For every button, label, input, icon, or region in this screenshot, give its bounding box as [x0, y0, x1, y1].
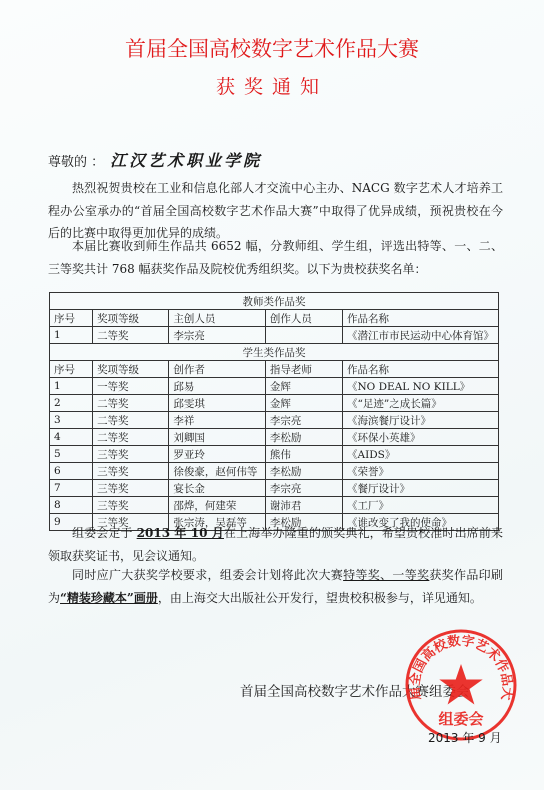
table-cell: 《餐厅设计》 — [343, 480, 499, 497]
table-cell: 创作者 — [169, 361, 265, 378]
table-cell: 李宗亮 — [265, 480, 342, 497]
table-cell: 邱雯琪 — [169, 395, 265, 412]
table-cell: 6 — [50, 463, 93, 480]
table-cell: 7 — [50, 480, 93, 497]
paragraph-ceremony: 组委会定于 2013 年 10 月在上海举办隆重的颁奖典礼，希望贵校准时出席前来… — [48, 522, 503, 567]
table-cell: 邱易 — [169, 378, 265, 395]
recipient-school: 江汉艺术职业学院 — [110, 151, 262, 170]
table-cell: 李松励 — [265, 463, 342, 480]
table-cell: 5 — [50, 446, 93, 463]
table-cell: 刘卿国 — [169, 429, 265, 446]
awards-table: 教师类作品奖序号奖项等级主创人员创作人员作品名称1二等奖李宗亮《潜江市市民运动中… — [49, 292, 499, 531]
table-cell: 指导老师 — [265, 361, 342, 378]
table-cell: 李松励 — [265, 429, 342, 446]
publication-text-rest: ，由上海交大出版社公开发行，望贵校积极参与，详见通知。 — [158, 591, 482, 605]
table-cell: 《海滨餐厅设计》 — [343, 412, 499, 429]
ceremony-text: 组委会定于 — [72, 526, 137, 540]
table-cell: 4 — [50, 429, 93, 446]
table-cell: 罗亚玲 — [169, 446, 265, 463]
salutation-prefix: 尊敬的 ： — [48, 155, 104, 170]
table-cell: 三等奖 — [93, 497, 169, 514]
table-row: 2二等奖邱雯琪金辉《“足迹”之成长篇》 — [50, 395, 499, 412]
table-row: 7三等奖宴长金李宗亮《餐厅设计》 — [50, 480, 499, 497]
table-cell: 邵烨，何建荣 — [169, 497, 265, 514]
table-cell: 1 — [50, 378, 93, 395]
table-row: 1二等奖李宗亮《潜江市市民运动中心体育馆》 — [50, 327, 499, 344]
paragraph-statistics: 本届比赛收到师生作品共 6652 幅，分教师组、学生组，评选出特等、一、二、三等… — [48, 235, 503, 280]
table-cell: 创作人员 — [265, 310, 342, 327]
table-cell: 宴长金 — [169, 480, 265, 497]
table-cell: 二等奖 — [93, 412, 169, 429]
table-cell: 《NO DEAL NO KILL》 — [343, 378, 499, 395]
table-row: 3二等奖李祥李宗亮《海滨餐厅设计》 — [50, 412, 499, 429]
table-cell: 三等奖 — [93, 480, 169, 497]
table-cell: 三等奖 — [93, 463, 169, 480]
table-cell: 二等奖 — [93, 429, 169, 446]
table-cell: 谢沛君 — [265, 497, 342, 514]
table-cell: 金辉 — [265, 378, 342, 395]
table-cell: 《荣誉》 — [343, 463, 499, 480]
table-cell — [265, 327, 342, 344]
table-cell: 《环保小英雄》 — [343, 429, 499, 446]
table-cell: 奖项等级 — [93, 310, 169, 327]
table-cell: 李宗亮 — [265, 412, 342, 429]
table-cell: 1 — [50, 327, 93, 344]
document-title: 首届全国高校数字艺术作品大赛 — [0, 33, 544, 63]
document-subtitle: 获奖通知 — [0, 72, 544, 99]
document-date: 2013 年 9 月 — [428, 729, 502, 746]
publication-book: “精装珍藏本”画册 — [60, 591, 158, 605]
table-cell: 李祥 — [169, 412, 265, 429]
table-row: 5三等奖罗亚玲熊伟《AIDS》 — [50, 446, 499, 463]
table-row: 4二等奖刘卿国李松励《环保小英雄》 — [50, 429, 499, 446]
table-row: 1一等奖邱易金辉《NO DEAL NO KILL》 — [50, 378, 499, 395]
table-cell: 作品名称 — [343, 310, 499, 327]
table-cell: 作品名称 — [343, 361, 499, 378]
table-cell: 徐俊豪，赵何伟等 — [169, 463, 265, 480]
table-cell: 序号 — [50, 361, 93, 378]
table-cell: 3 — [50, 412, 93, 429]
table-cell: 序号 — [50, 310, 93, 327]
publication-text: 同时应广大获奖学校要求，组委会计划将此次大赛 — [72, 568, 343, 582]
table-cell: 奖项等级 — [93, 361, 169, 378]
salutation: 尊敬的 ：江汉艺术职业学院 — [48, 148, 262, 171]
table-cell: 《“足迹”之成长篇》 — [343, 395, 499, 412]
paragraph-publication: 同时应广大获奖学校要求，组委会计划将此次大赛特等奖、一等奖获奖作品印刷为“精装珍… — [48, 564, 503, 609]
table-header-row: 序号奖项等级主创人员创作人员作品名称 — [50, 310, 499, 327]
table-cell: 李宗亮 — [169, 327, 265, 344]
table-cell: 2 — [50, 395, 93, 412]
table-cell: 二等奖 — [93, 395, 169, 412]
table-cell: 主创人员 — [169, 310, 265, 327]
table-cell: 三等奖 — [93, 446, 169, 463]
official-seal-icon: 首届全国高校数字艺术作品大赛 组委会 — [404, 628, 518, 742]
student-section-header: 学生类作品奖 — [50, 344, 499, 361]
table-cell: 一等奖 — [93, 378, 169, 395]
table-cell: 《AIDS》 — [343, 446, 499, 463]
table-row: 6三等奖徐俊豪，赵何伟等李松励《荣誉》 — [50, 463, 499, 480]
ceremony-date: 2013 年 10 月 — [137, 526, 224, 540]
table-cell: 金辉 — [265, 395, 342, 412]
table-cell: 8 — [50, 497, 93, 514]
publication-awards: 特等奖、一等奖 — [343, 568, 429, 582]
table-cell: 《工厂》 — [343, 497, 499, 514]
table-header-row: 序号奖项等级创作者指导老师作品名称 — [50, 361, 499, 378]
svg-text:组委会: 组委会 — [438, 710, 483, 728]
table-cell: 二等奖 — [93, 327, 169, 344]
table-cell: 《潜江市市民运动中心体育馆》 — [343, 327, 499, 344]
table-cell: 熊伟 — [265, 446, 342, 463]
teacher-section-header: 教师类作品奖 — [50, 293, 499, 310]
table-row: 8三等奖邵烨，何建荣谢沛君《工厂》 — [50, 497, 499, 514]
